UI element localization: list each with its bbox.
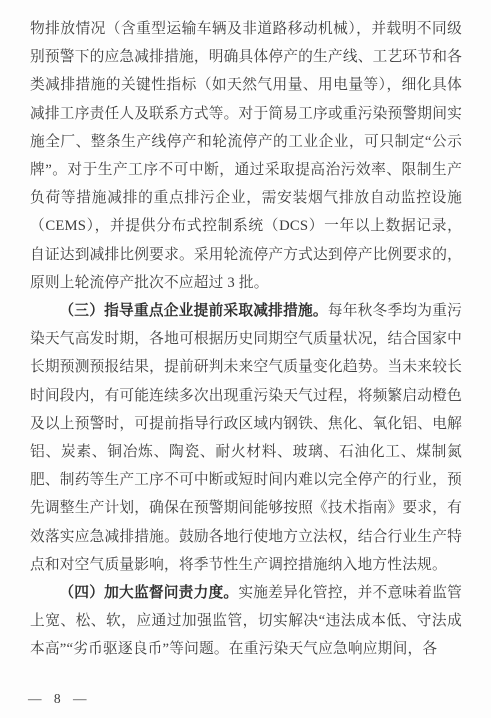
document-body: 物排放情况（含重型运输车辆及非道路移动机械），并载明不同级别预警下的应急减排措施… [30,15,462,664]
document-page: 物排放情况（含重型运输车辆及非道路移动机械），并载明不同级别预警下的应急减排措施… [0,0,491,718]
page-number-footer: — 8 — [28,691,88,707]
paragraph-section-three: （三）指导重点企业提前采取减排措施。每年秋冬季均为重污染天气高发时期，各地可根据… [30,297,462,579]
paragraph-text: 每年秋冬季均为重污染天气高发时期，各地可根据历史同期空气质量状况，结合国家中长期… [30,303,462,573]
section-three-heading: （三）指导重点企业提前采取减排措施。 [59,303,327,319]
paragraph-continuation: 物排放情况（含重型运输车辆及非道路移动机械），并载明不同级别预警下的应急减排措施… [30,15,462,297]
section-four-heading: （四）加大监督问责力度。 [59,585,238,601]
paragraph-text: 物排放情况（含重型运输车辆及非道路移动机械），并载明不同级别预警下的应急减排措施… [30,21,462,291]
page-number-label: — 8 — [28,691,88,706]
paragraph-section-four: （四）加大监督问责力度。实施差异化管控，并不意味着监管上宽、松、软，应通过加强监… [30,579,462,664]
